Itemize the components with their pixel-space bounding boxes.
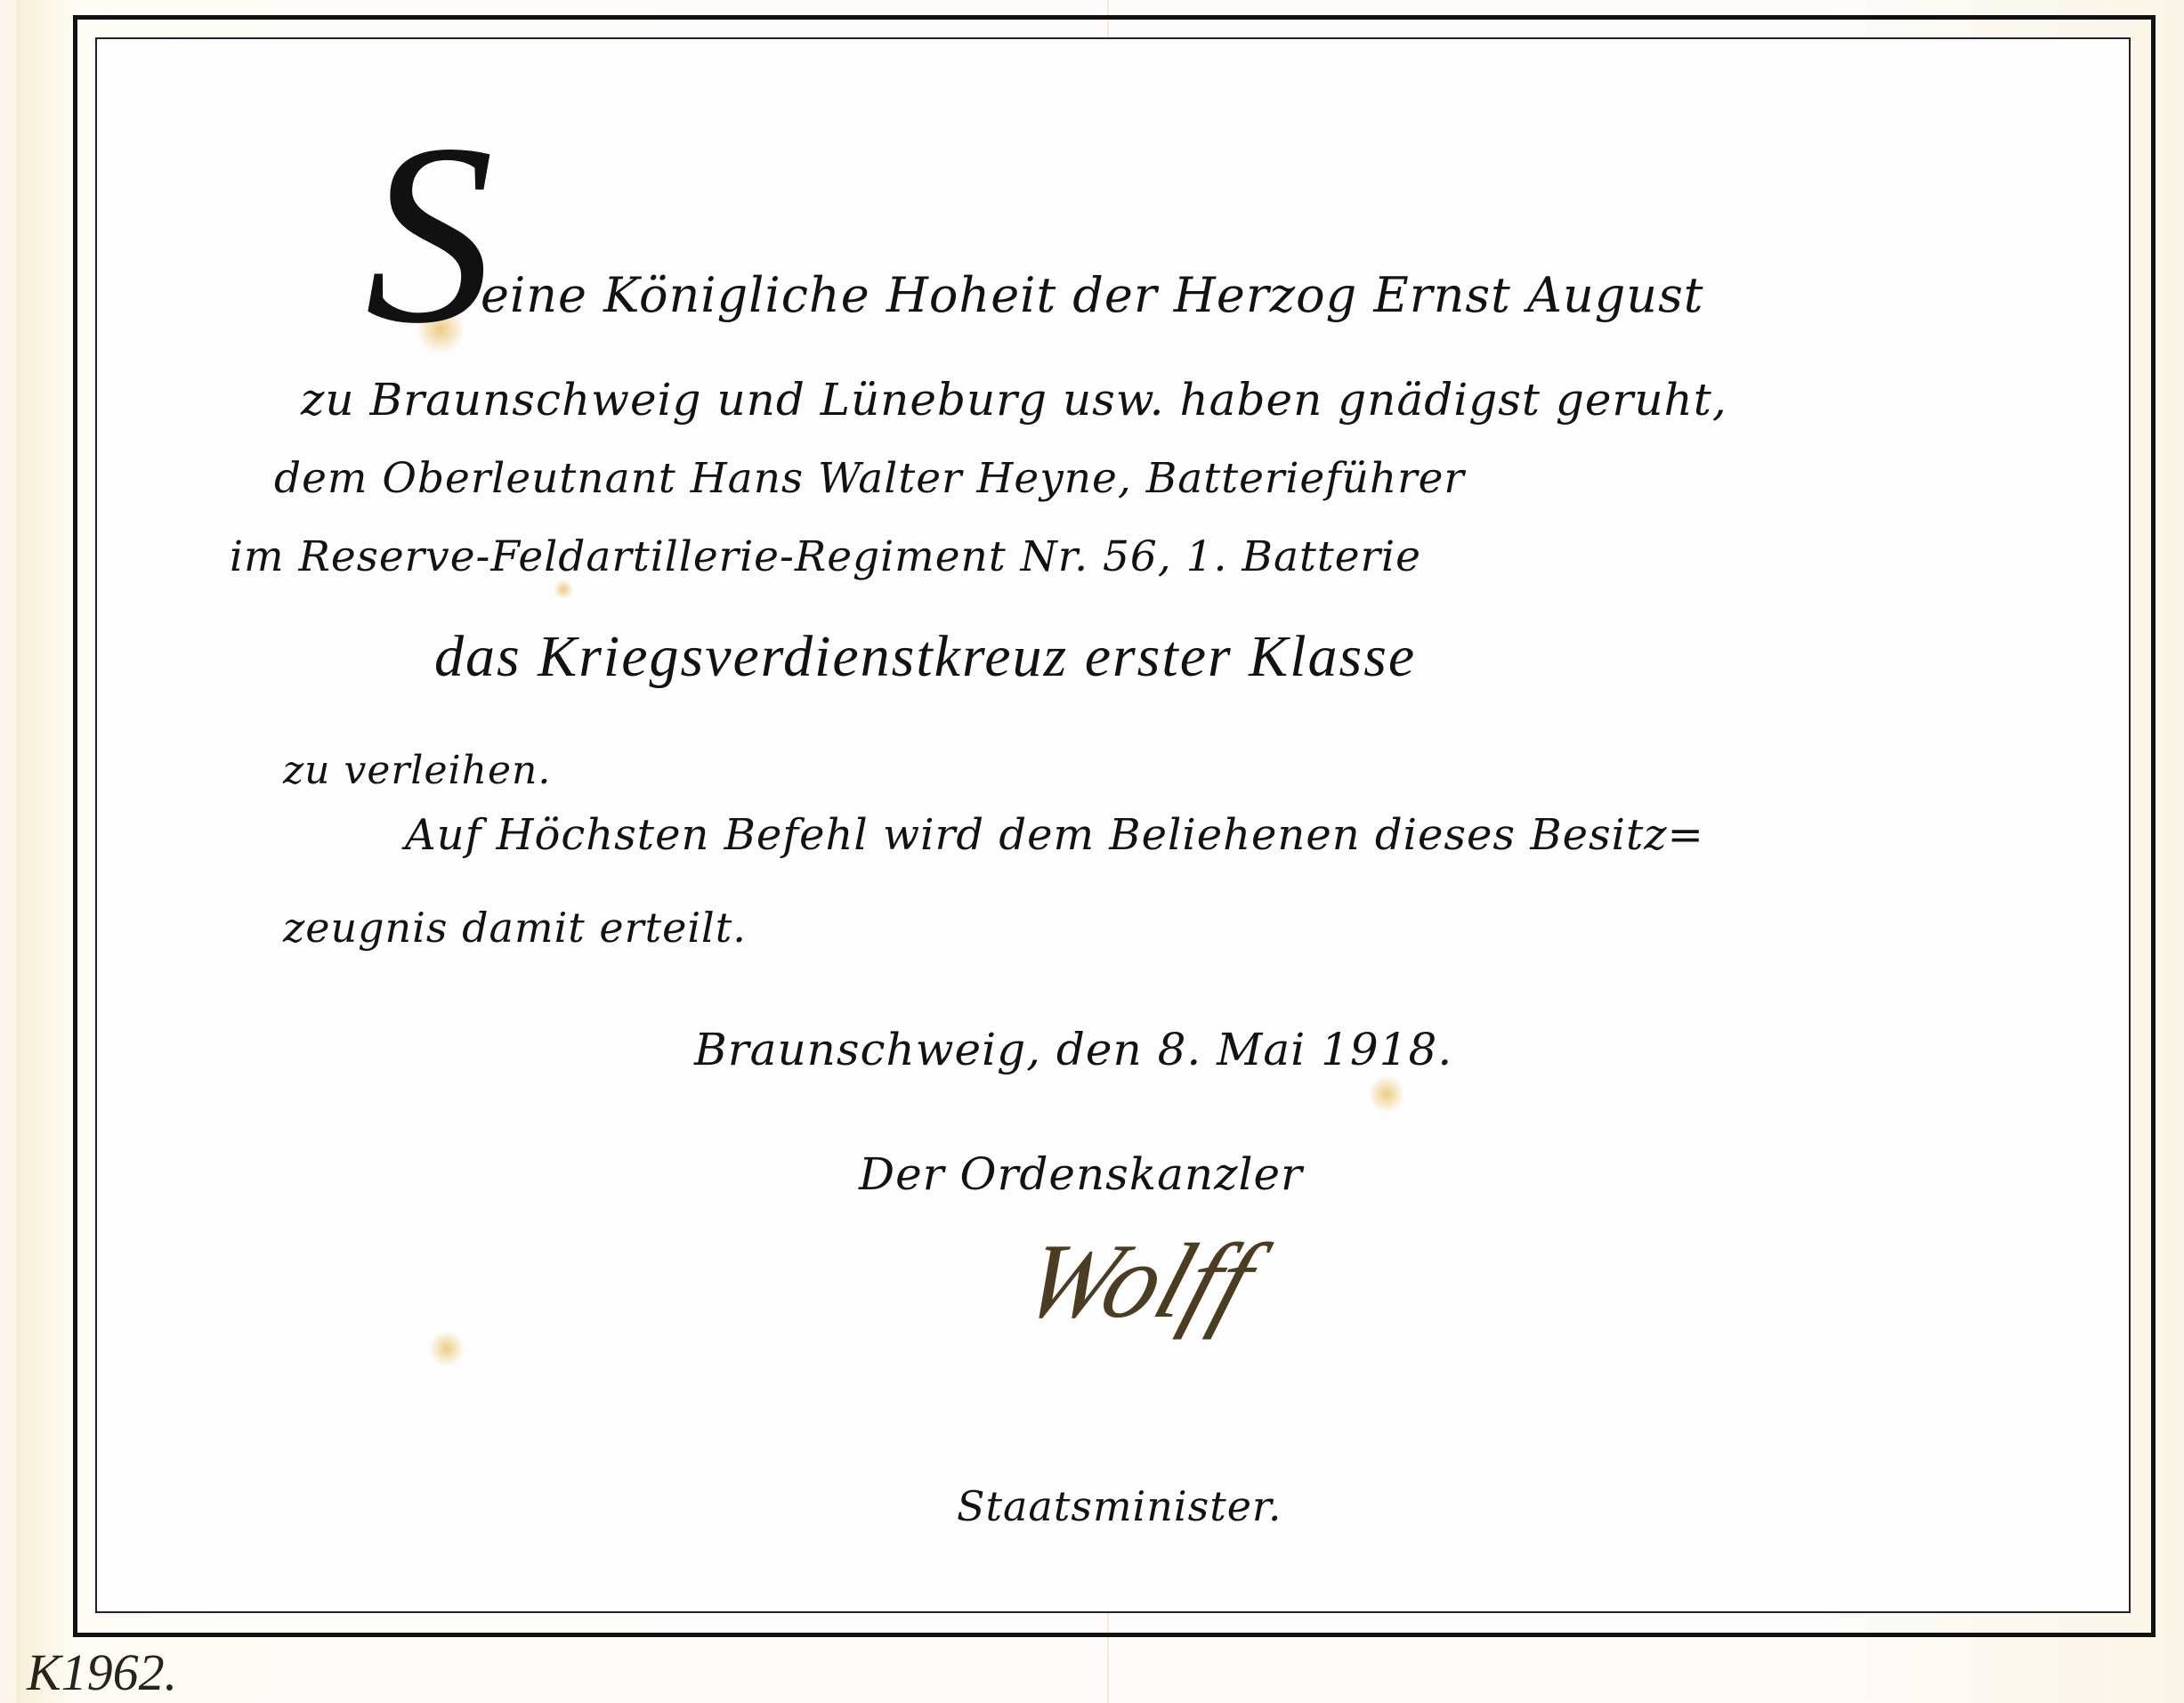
catalog-number: K1962. [27, 1642, 177, 1702]
issuer-title: Der Ordenskanzler [859, 1148, 1303, 1200]
award-headline: das Kriegsverdienstkreuz erster Klasse [434, 623, 1416, 691]
place-date: Braunschweig, den 8. Mai 1918. [694, 1024, 1452, 1075]
body-line-1: eine Königliche Hoheit der Herzog Ernst … [481, 267, 1703, 323]
stain-spot [554, 579, 573, 600]
stain-spot [429, 1331, 465, 1366]
body-line-4: im Reserve-Feldartillerie-Regiment Nr. 5… [230, 532, 1421, 581]
signature: Wolff [1008, 1220, 1270, 1342]
body-line-2: zu Braunschweig und Lüneburg usw. haben … [301, 374, 1727, 426]
decorative-initial: S [365, 105, 494, 363]
stain-spot [1371, 1073, 1403, 1115]
after-award-line: zu verleihen. [283, 748, 551, 793]
signer-role: Staatsminister. [957, 1482, 1282, 1530]
authorization-line-2: zeugnis damit erteilt. [283, 904, 747, 952]
authorization-line-1: Auf Höchsten Befehl wird dem Beliehenen … [405, 810, 1704, 860]
body-line-3: dem Oberleutnant Hans Walter Heyne, Batt… [274, 454, 1465, 503]
